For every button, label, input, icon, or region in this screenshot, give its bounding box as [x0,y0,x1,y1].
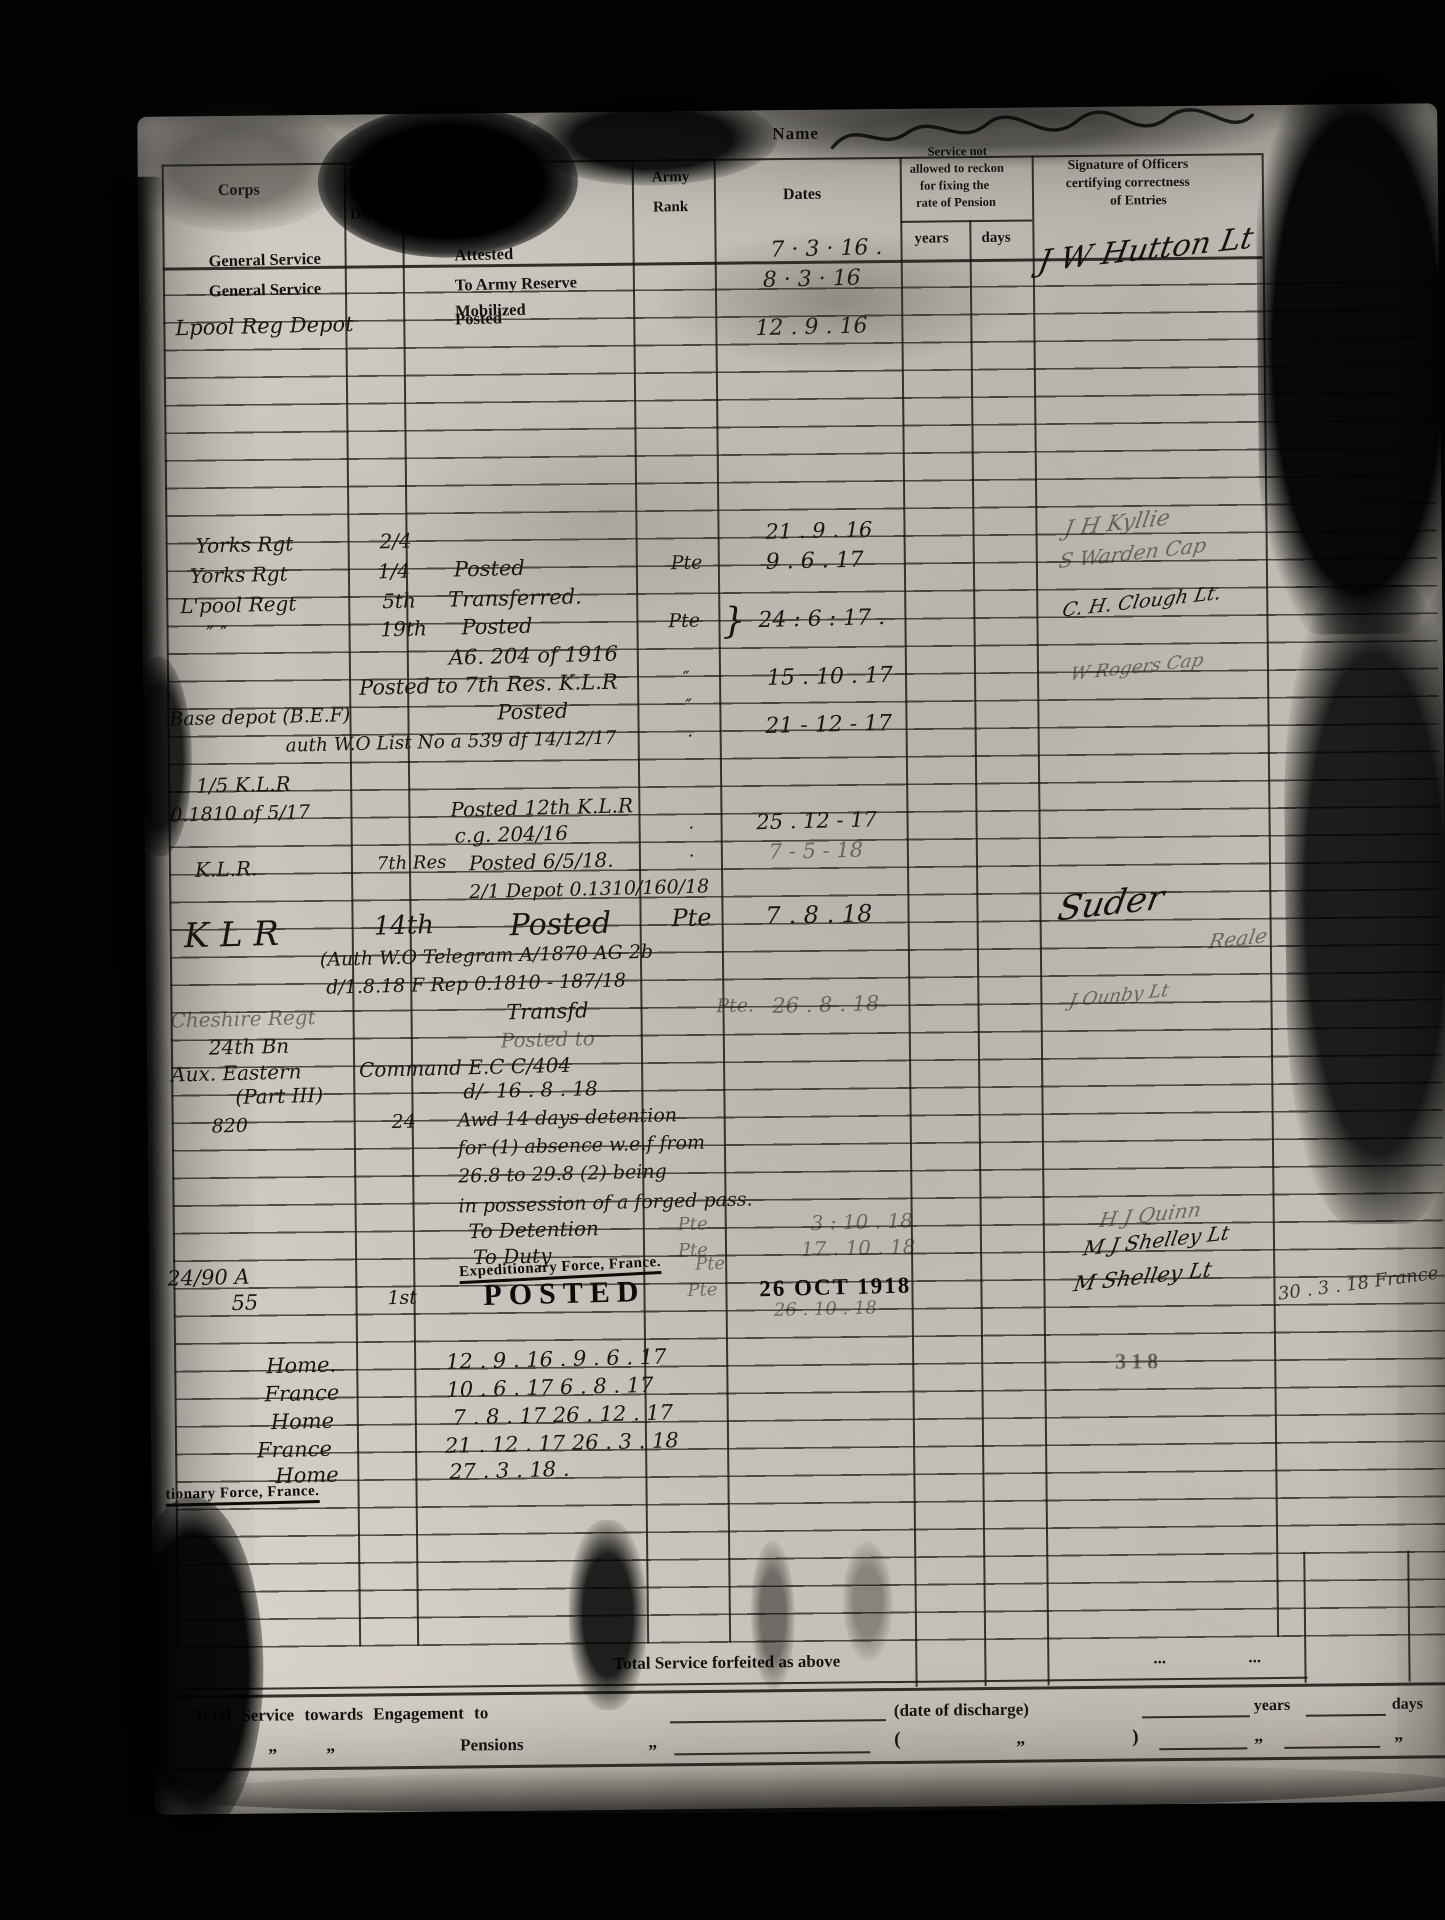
date-cell: 7 - 5 - 18 [768,838,863,864]
desc-cell: Posted [509,906,611,943]
forfeited-label: Total Service forfeited as above [613,1652,840,1674]
desc-cell: Posted 6/5/18. [469,848,614,876]
rank-cell: Pte. [716,994,754,1017]
pensions-lparen: ( [894,1729,901,1751]
col-header-service-4: rate of Pension [916,195,996,211]
corps-cell: 24/90 A [167,1265,250,1291]
corps-cell: (Part III) [235,1083,323,1109]
torn-edge-right [1255,73,1445,635]
pensions-ditto-6: „ [1254,1725,1263,1746]
desc-cell: for (1) absence w.e.f from [458,1132,706,1160]
col-header-service-3: for fixing the [920,178,989,194]
date-cell: 21 - 12 - 17 [765,711,892,739]
corps-cell: ″ ″ [206,621,228,646]
batt-cell: 1st [387,1287,417,1310]
corps-cell: K.L.R. [195,856,258,882]
pensions-fill-line-3 [1284,1746,1380,1749]
col-header-dates: Dates [783,186,821,204]
pensions-fill-line-1 [674,1751,870,1755]
desc-cell: A6. 204 of 1916 [448,642,618,670]
corps-cell: Cheshire Regt [170,1005,316,1033]
corps-cell: 24th Bn [209,1034,290,1060]
date-cell: 26 . 10 . 18 [774,1297,878,1321]
corps-cell: L'pool Regt [180,591,297,618]
rank-cell: Pte [671,903,712,932]
rank-cell: · [689,846,695,867]
batt-cell: 7th Res [377,852,447,875]
col-header-signature-3: of Entries [1110,192,1167,209]
corps-cell: Lpool Reg Depot [175,312,354,340]
date-cell: 7 . 8 . 18 [765,899,873,930]
totals-heavy-line [178,1682,1445,1698]
desc-cell: To Detention [468,1216,599,1243]
rank-cell: ″ [683,668,690,689]
desc-cell: 10 . 6 . 17 6 . 8 . 17 [446,1373,654,1402]
date-cell: 15 . 10 . 17 [767,663,894,691]
rank-cell: Pte [687,1279,718,1301]
corps-cell: General Service [209,279,322,302]
faint-number-stamp: 318 [1115,1348,1163,1375]
years-label: years [1254,1697,1291,1715]
desc-cell: Posted to [500,1026,595,1052]
pensions-label: Pensions [460,1735,524,1756]
desc-cell: c.g. 204/16 [454,821,568,848]
corps-cell: 1/5 K.L.R [196,772,291,798]
desc-cell: Awd 14 days detention [457,1104,677,1131]
desc-cell: To Army Reserve [455,272,578,295]
desc-cell: Posted 12th K.L.R [450,793,633,821]
corps-cell: France [257,1437,332,1463]
corps-cell: Home. [266,1353,337,1379]
corps-cell: 55 [231,1290,258,1315]
corps-cell: Aux. Eastern [171,1059,302,1086]
rank-cell: ″ [685,696,692,717]
col-header-rank-2: Rank [653,199,688,216]
years-fill-line [1142,1715,1250,1718]
desc-cell: 7 . 8 . 17 26 . 12 . 17 [452,1400,673,1429]
desc-cell: 21 . 12 . 17 26 . 3 . 18 [445,1428,679,1458]
batt-cell: 24 [391,1111,416,1134]
pensions-rparen: ) [1132,1726,1139,1748]
torn-edge-right [1282,583,1445,1225]
officer-signature: Reale [1207,923,1269,953]
batt-cell: 14th [373,910,434,941]
rank-cell: Pte [695,1253,726,1275]
scan-stain [697,87,1278,171]
discharge-label: (date of discharge) [894,1700,1029,1721]
desc-cell: 12 . 9 . 16 . 9 . 6 . 17 [446,1345,667,1374]
pensions-ditto-7: „ [1394,1724,1403,1745]
desc-cell: d/- 16 . 8 . 18 [463,1076,598,1103]
date-cell: 3 : 10 . 18 [810,1208,913,1234]
scanned-form-paper: Name Corps Batt. or Depot Army Rank Date… [137,103,1445,1815]
corps-cell: Yorks Rgt [190,562,288,588]
desc-cell: Transfd [506,998,589,1024]
rank-cell: · [687,726,693,747]
corps-cell: 820 [211,1115,248,1138]
col-header-signature-2: certifying correctness [1066,174,1190,191]
pensions-ditto-3: „ [326,1735,335,1756]
desc-cell: Posted [497,699,569,725]
desc-cell: 2/1 Depot 0.1310/160/18 [469,875,710,903]
engagement-fill-line [670,1719,886,1723]
rank-cell: Pte [677,1213,708,1235]
ink-blot [568,1520,648,1711]
batt-cell: 19th [380,616,427,641]
scanned-service-record-page: { "form": { "name_label": "Name", "colum… [0,0,1445,1920]
corps-cell: France [264,1381,339,1407]
yearsdays-subline [900,219,1032,222]
rank-cell: · [688,818,694,839]
date-cell: 25 . 12 - 17 [756,807,877,834]
days-fill-line [1306,1714,1386,1716]
corps-cell: Home [270,1409,334,1435]
pensions-ditto-2: „ [268,1735,277,1756]
desc-cell: Posted [455,308,502,329]
date-cell: 24 : 6 : 17 . [758,605,885,633]
pensions-fill-line-2 [1159,1747,1247,1750]
desc-cell: 26.8 to 29.8 (2) being [458,1160,667,1187]
corps-cell: Base depot (B.E.F) [169,704,350,730]
scan-stain [127,101,348,233]
batt-cell: 5th [382,588,416,613]
forfeited-dots-2: ... [1248,1647,1261,1667]
pensions-ditto-4: „ [648,1731,657,1752]
desc-cell: Posted to 7th Res. K.L.R [359,670,618,700]
corps-cell: General Service [208,249,321,272]
date-cell: 26 . 8 . 18 [772,991,879,1018]
corps-cell: Yorks Rgt [195,531,293,557]
pensions-ditto-5: „ [1016,1728,1025,1749]
forfeited-dots-1: ... [1153,1648,1166,1668]
posted-stamp: POSTED [483,1275,646,1313]
corps-cell: 0.1810 of 5/17 [170,801,310,826]
days-label: days [1392,1695,1423,1713]
